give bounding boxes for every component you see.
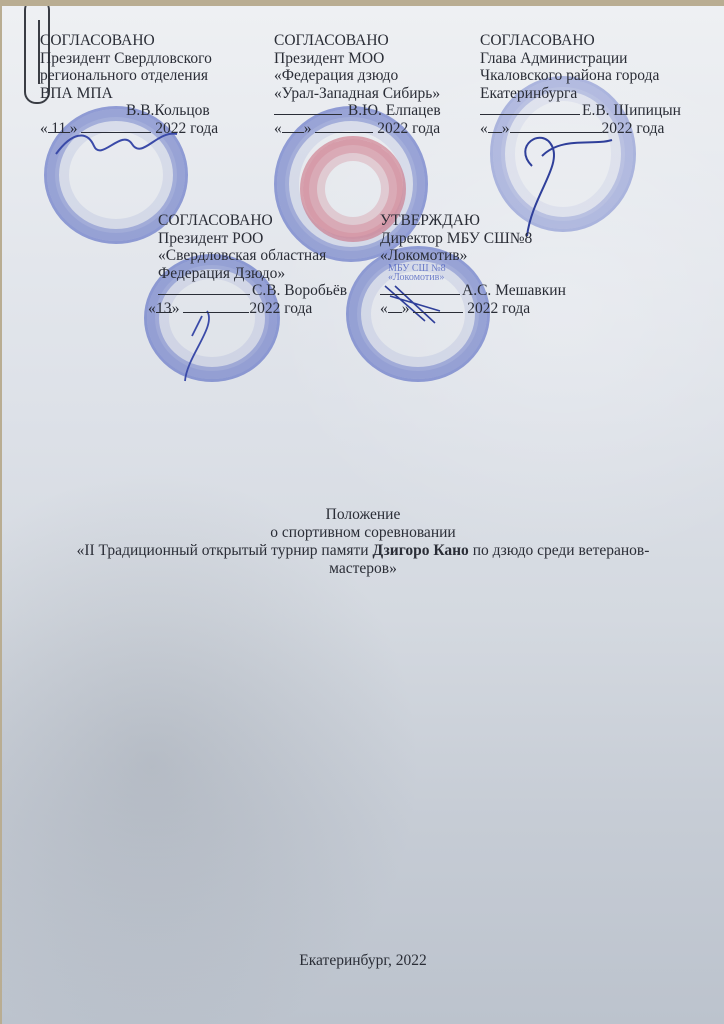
approval-line: Президент МОО — [274, 50, 441, 68]
signatory-name: В.В.Кольцов — [40, 102, 218, 120]
document-title: Положение о спортивном соревновании «II … — [2, 506, 724, 578]
approval-line: «Федерация дзюдо — [274, 67, 441, 85]
approval-line: Президент РОО — [158, 230, 347, 248]
document-page: СОГЛАСОВАНО Президент Свердловского реги… — [2, 6, 724, 1024]
approval-date: «» 2022 года — [380, 300, 566, 318]
signatory-name: В.Ю. Елпацев — [346, 102, 441, 119]
approval-line: ВПА МПА — [40, 85, 218, 103]
approval-block-koltsov: СОГЛАСОВАНО Президент Свердловского реги… — [40, 32, 218, 138]
approval-line: Глава Администрации — [480, 50, 681, 68]
approval-date: «»2022 года — [480, 120, 681, 138]
title-line-3: «II Традиционный открытый турнир памяти … — [2, 542, 724, 560]
title-bold-name: Дзигоро Кано — [372, 542, 468, 559]
approval-line: «Свердловская областная — [158, 247, 347, 265]
signature-vorobyov — [177, 306, 227, 386]
signatory-name: С.В. Воробьёв — [250, 282, 347, 299]
signatory-line: Е.В. Шипицын — [480, 102, 681, 120]
approval-line: регионального отделения — [40, 67, 218, 85]
approval-date: «13» 2022 года — [148, 300, 347, 318]
approval-block-vorobyov: СОГЛАСОВАНО Президент РОО «Свердловская … — [158, 212, 347, 318]
approval-heading: СОГЛАСОВАНО — [158, 212, 347, 230]
signatory-line: С.В. Воробьёв — [158, 282, 347, 300]
signatory-line: В.Ю. Елпацев — [274, 102, 441, 120]
approval-heading: УТВЕРЖДАЮ — [380, 212, 566, 230]
approval-block-shipitsyn: СОГЛАСОВАНО Глава Администрации Чкаловск… — [480, 32, 681, 138]
stamp-text: МБУ СШ №8 «Локомотив» — [380, 265, 566, 283]
approval-heading: СОГЛАСОВАНО — [274, 32, 441, 50]
title-line-1: Положение — [2, 506, 724, 524]
approval-date: «11» 2022 года — [40, 120, 218, 138]
approval-date: «» 2022 года — [274, 120, 441, 138]
signatory-name: Е.В. Шипицын — [580, 102, 681, 119]
approval-line: Президент Свердловского — [40, 50, 218, 68]
approval-line: Екатеринбурга — [480, 85, 681, 103]
approval-block-meshavkin: УТВЕРЖДАЮ Директор МБУ СШ№8 «Локомотив» … — [380, 212, 566, 318]
approval-heading: СОГЛАСОВАНО — [40, 32, 218, 50]
approval-line: Чкаловского района города — [480, 67, 681, 85]
title-line-4: мастеров» — [2, 560, 724, 578]
approval-heading: СОГЛАСОВАНО — [480, 32, 681, 50]
signatory-line: А.С. Мешавкин — [380, 282, 566, 300]
document-footer-place-year: Екатеринбург, 2022 — [2, 952, 724, 970]
approval-line: «Урал-Западная Сибирь» — [274, 85, 441, 103]
title-line-2: о спортивном соревновании — [2, 524, 724, 542]
approval-line: Директор МБУ СШ№8 — [380, 230, 566, 248]
approval-block-elpatsev: СОГЛАСОВАНО Президент МОО «Федерация дзю… — [274, 32, 441, 138]
approval-line: Федерация Дзюдо» — [158, 265, 347, 283]
signatory-name: А.С. Мешавкин — [460, 282, 566, 299]
